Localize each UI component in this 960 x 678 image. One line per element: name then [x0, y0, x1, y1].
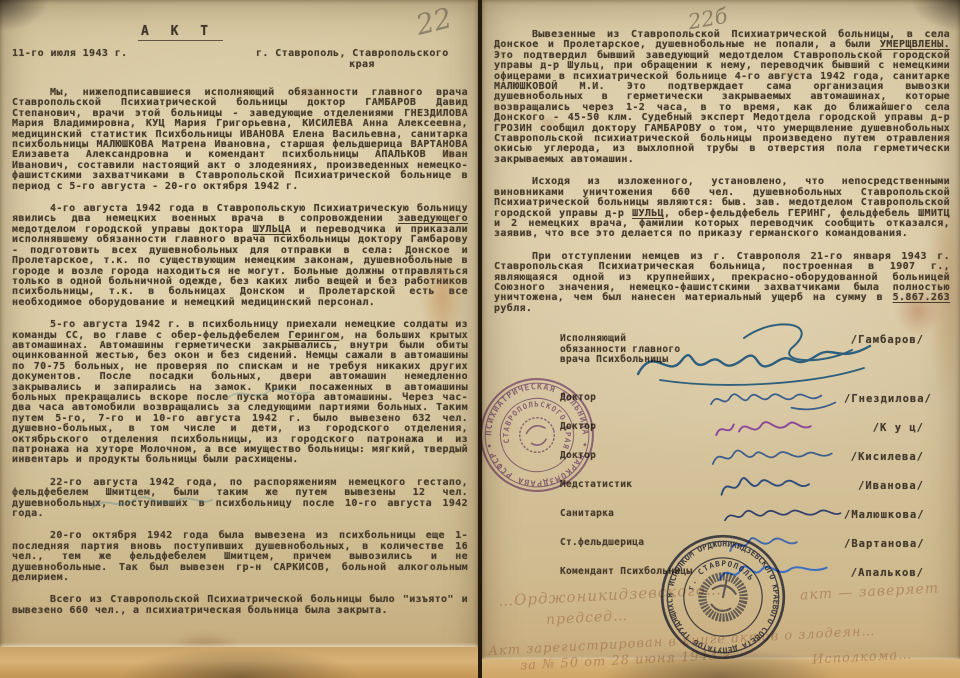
signature-ivanova: [704, 471, 844, 501]
signer-name: /К у ц/: [873, 422, 924, 434]
page-right: 22б Вывезенные из Ставропольской Психиат…: [482, 0, 960, 678]
signer-name: /Вартанова/: [844, 538, 925, 550]
ispolkom-round-stamp: ИСПОЛКОМ ОРДЖОНИКИДЗЕВСКОГО КРАЕВОГО СОВ…: [644, 518, 803, 677]
paragraph: Всего из Ставропольской Психиатрической …: [12, 595, 468, 616]
backing-tape-band: [0, 647, 478, 678]
paragraph: 4-го августа 1942 года в Ставропольскую …: [12, 204, 468, 308]
ink-scribble: [86, 490, 216, 516]
paragraph: При отступлении немцев из г. Ставрополя …: [494, 252, 950, 314]
signature-malyushkova: [704, 500, 844, 530]
right-page-content: Вывезенные из Ставропольской Психиатриче…: [482, 30, 960, 587]
signer-name: /Малюшкова/: [844, 509, 925, 521]
signature-kuts: [704, 413, 844, 443]
place-line-2: края: [256, 59, 468, 70]
paragraph: Мы, нижеподписавшиеся исполняющий обязан…: [12, 88, 468, 192]
handwritten-note: председ…: [546, 608, 629, 628]
ink-scribble: [224, 384, 314, 404]
paragraph: Исходя из изложенного, установлено, что …: [494, 177, 950, 239]
document-place: г. Ставрополь, Ставропольского края: [256, 48, 468, 70]
signer-name: /Кисилева/: [851, 451, 924, 463]
paragraph: 22-го августа 1942 года, по распоряжения…: [12, 478, 468, 520]
left-page-content: А К Т 11-го июля 1943 г. г. Ставрополь, …: [0, 24, 478, 616]
date-row: 11-го июля 1943 г. г. Ставрополь, Ставро…: [12, 48, 468, 70]
page-left: 22 А К Т 11-го июля 1943 г. г. Ставропол…: [0, 0, 478, 678]
signer-name: /Иванова/: [858, 480, 924, 492]
document-title: А К Т: [138, 24, 223, 41]
document-date: 11-го июля 1943 г.: [12, 48, 128, 70]
paragraph: Вывезенные из Ставропольской Психиатриче…: [494, 30, 950, 165]
paragraph: 20-го октября 1942 года была вывезена из…: [12, 531, 468, 583]
signature-row: Санитарка /Малюшкова/: [494, 500, 950, 529]
document-scan: 22 А К Т 11-го июля 1943 г. г. Ставропол…: [0, 0, 960, 678]
place-line-1: г. Ставрополь, Ставропольского: [256, 48, 468, 59]
signature-kisileva: [704, 442, 844, 472]
signature-gambarov: [622, 316, 892, 396]
signer-name: /Апальков/: [851, 567, 924, 579]
